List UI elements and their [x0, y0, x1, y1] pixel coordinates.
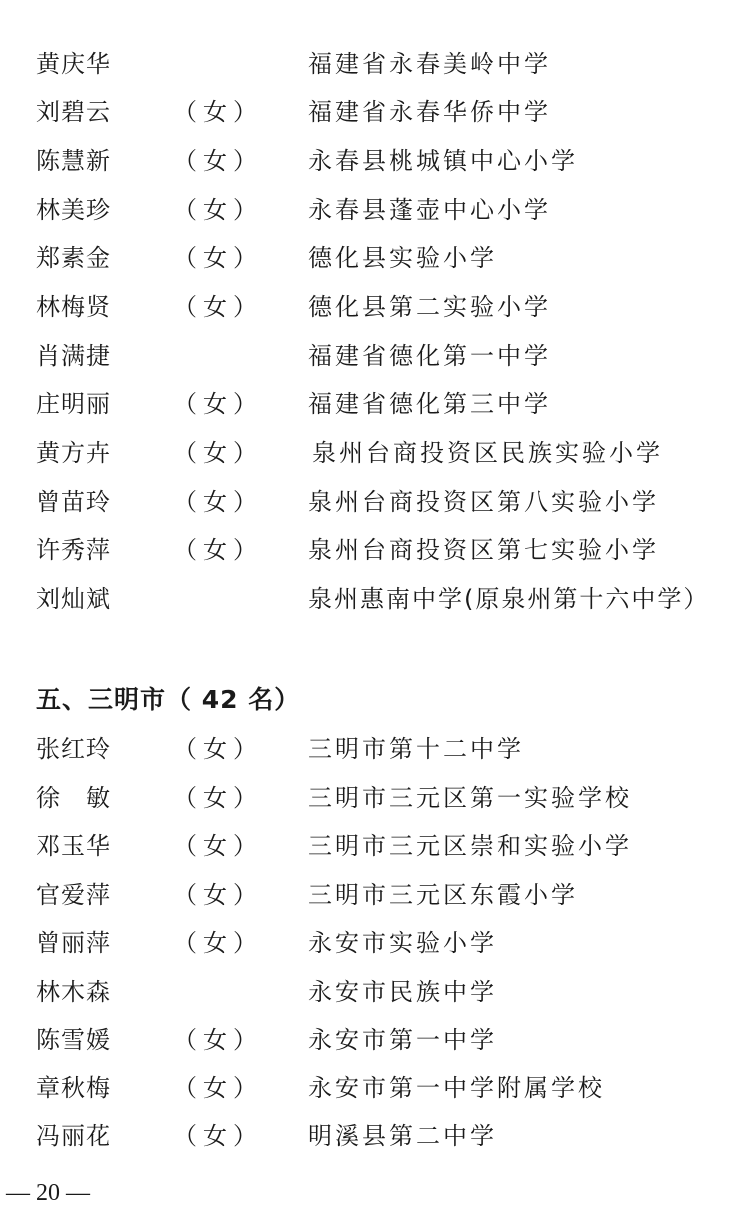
person-name: 张红玲	[36, 729, 111, 769]
list-item: 张红玲 （女） 三明市第十二中学	[0, 729, 739, 769]
list-item: 陈雪媛 （女） 永安市第一中学	[0, 1020, 739, 1060]
person-name: 徐 敏	[36, 778, 111, 818]
gender-note: （女）	[173, 778, 263, 818]
school-name: 泉州惠南中学(原泉州第十六中学）	[308, 579, 709, 619]
list-item: 官爱萍 （女） 三明市三元区东霞小学	[0, 875, 739, 915]
person-name: 陈慧新	[36, 141, 111, 181]
person-name: 庄明丽	[36, 384, 111, 424]
school-name: 三明市三元区第一实验学校	[308, 778, 632, 818]
gender-note: （女）	[173, 141, 263, 181]
school-name: 明溪县第二中学	[308, 1116, 497, 1156]
gender-note: （女）	[173, 1068, 263, 1108]
list-item: 冯丽花 （女） 明溪县第二中学	[0, 1116, 739, 1156]
school-name: 永安市第一中学	[308, 1020, 497, 1060]
school-name: 福建省德化第三中学	[308, 384, 551, 424]
person-name: 郑素金	[36, 238, 111, 278]
school-name: 德化县实验小学	[308, 238, 497, 278]
person-name: 章秋梅	[36, 1068, 111, 1108]
list-item: 曾丽萍 （女） 永安市实验小学	[0, 923, 739, 963]
list-item: 陈慧新 （女） 永春县桃城镇中心小学	[0, 141, 739, 181]
list-item: 林美珍 （女） 永春县蓬壶中心小学	[0, 190, 739, 230]
school-name: 泉州台商投资区第七实验小学	[308, 530, 659, 570]
school-name: 福建省德化第一中学	[308, 336, 551, 376]
list-item: 曾苗玲 （女） 泉州台商投资区第八实验小学	[0, 482, 739, 522]
person-name: 曾苗玲	[36, 482, 111, 522]
gender-note: （女）	[173, 1020, 263, 1060]
school-name: 德化县第二实验小学	[308, 287, 551, 327]
school-name: 泉州台商投资区民族实验小学	[312, 433, 663, 473]
school-name: 永安市民族中学	[308, 972, 497, 1012]
person-name: 许秀萍	[36, 530, 111, 570]
person-name: 林梅贤	[36, 287, 111, 327]
gender-note: （女）	[173, 1116, 263, 1156]
list-item: 黄方卉 （女） 泉州台商投资区民族实验小学	[0, 433, 739, 473]
gender-note: （女）	[173, 384, 263, 424]
person-name: 刘碧云	[36, 92, 111, 132]
gender-note: （女）	[173, 875, 263, 915]
person-name: 冯丽花	[36, 1116, 111, 1156]
gender-note: （女）	[173, 92, 263, 132]
person-name: 林木森	[36, 972, 111, 1012]
person-name: 肖满捷	[36, 336, 111, 376]
school-name: 永春县蓬壶中心小学	[308, 190, 551, 230]
page-number: — 20 —	[6, 1175, 90, 1211]
school-name: 福建省永春美岭中学	[308, 44, 551, 84]
gender-note: （女）	[173, 190, 263, 230]
person-name: 曾丽萍	[36, 923, 111, 963]
gender-note: （女）	[173, 433, 263, 473]
person-name: 邓玉华	[36, 826, 111, 866]
list-item: 庄明丽 （女） 福建省德化第三中学	[0, 384, 739, 424]
person-name: 官爱萍	[36, 875, 111, 915]
school-name: 永安市实验小学	[308, 923, 497, 963]
person-name: 黄方卉	[36, 433, 111, 473]
gender-note: （女）	[173, 482, 263, 522]
gender-note: （女）	[173, 826, 263, 866]
school-name: 三明市三元区崇和实验小学	[308, 826, 632, 866]
list-item: 徐 敏 （女） 三明市三元区第一实验学校	[0, 778, 739, 818]
person-name: 陈雪媛	[36, 1020, 111, 1060]
list-item: 林梅贤 （女） 德化县第二实验小学	[0, 287, 739, 327]
list-item: 郑素金 （女） 德化县实验小学	[0, 238, 739, 278]
person-name: 黄庆华	[36, 44, 111, 84]
person-name: 刘灿斌	[36, 579, 111, 619]
document-page: 黄庆华 福建省永春美岭中学 刘碧云 （女） 福建省永春华侨中学 陈慧新 （女） …	[0, 0, 739, 1219]
gender-note: （女）	[173, 530, 263, 570]
list-item: 章秋梅 （女） 永安市第一中学附属学校	[0, 1068, 739, 1108]
list-item: 许秀萍 （女） 泉州台商投资区第七实验小学	[0, 530, 739, 570]
school-name: 永春县桃城镇中心小学	[308, 141, 578, 181]
list-item: 林木森 永安市民族中学	[0, 972, 739, 1012]
school-name: 三明市三元区东霞小学	[308, 875, 578, 915]
list-item: 肖满捷 福建省德化第一中学	[0, 336, 739, 376]
gender-note: （女）	[173, 238, 263, 278]
list-item: 黄庆华 福建省永春美岭中学	[0, 44, 739, 84]
school-name: 福建省永春华侨中学	[308, 92, 551, 132]
school-name: 三明市第十二中学	[308, 729, 524, 769]
list-item: 刘灿斌 泉州惠南中学(原泉州第十六中学）	[0, 579, 739, 619]
list-item: 刘碧云 （女） 福建省永春华侨中学	[0, 92, 739, 132]
school-name: 泉州台商投资区第八实验小学	[308, 482, 659, 522]
gender-note: （女）	[173, 923, 263, 963]
school-name: 永安市第一中学附属学校	[308, 1068, 605, 1108]
gender-note: （女）	[173, 287, 263, 327]
gender-note: （女）	[173, 729, 263, 769]
list-item: 邓玉华 （女） 三明市三元区崇和实验小学	[0, 826, 739, 866]
section-heading-sanming: 五、三明市（ 42 名）	[36, 680, 300, 720]
person-name: 林美珍	[36, 190, 111, 230]
